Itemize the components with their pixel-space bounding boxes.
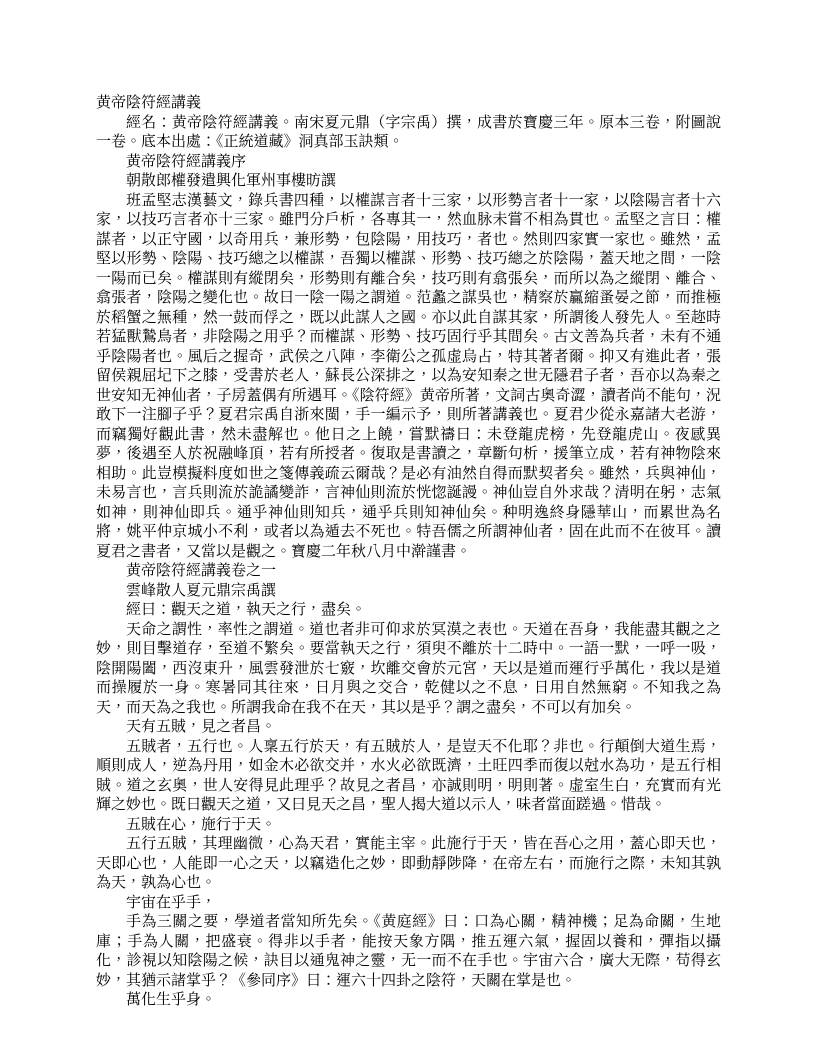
commentary-paragraph: 天命之謂性，率性之謂道。道也者非可仰求於冥漠之表也。天道在吾身，我能盡其觀之之妙…: [96, 621, 721, 719]
commentary-paragraph: 手為三關之要，學道者當知所先矣。《黄庭經》曰：口為心關，精神機；足為命關，生地庫…: [96, 913, 721, 991]
scripture-line: 宇宙在乎手，: [96, 894, 721, 914]
scripture-line: 經曰：觀天之道，執天之行，盡矣。: [96, 601, 721, 621]
doc-title: 黄帝陰符經講義: [96, 94, 721, 114]
edition-note: 經名：黄帝陰符經講義。南宋夏元鼎（字宗禹）撰，成書於寶慶三年。原本三卷，附圖說一…: [96, 114, 721, 153]
scripture-line: 五賊在心，施行于天。: [96, 816, 721, 836]
scripture-line: 萬化生乎身。: [96, 991, 721, 1011]
document-body: 黄帝陰符經講義 經名：黄帝陰符經講義。南宋夏元鼎（字宗禹）撰，成書於寶慶三年。原…: [96, 94, 721, 1011]
chapter-author: 雲峰散人夏元鼎宗禹譔: [96, 582, 721, 602]
commentary-paragraph: 五行五賊，其理幽微，心為天君，實能主宰。此施行于天，皆在吾心之用，蓋心即天也，天…: [96, 835, 721, 894]
preface-author: 朝散郎權發遣興化軍州事樓昉譔: [96, 172, 721, 192]
document-page: 黄帝陰符經講義 經名：黄帝陰符經講義。南宋夏元鼎（字宗禹）撰，成書於寶慶三年。原…: [0, 0, 816, 1056]
preface-body: 班孟堅志漢藝文，錄兵書四種，以權謀言者十三家，以形勢言者十一家，以陰陽言者十六家…: [96, 192, 721, 563]
commentary-paragraph: 五賊者，五行也。人稟五行於天，有五賊於人，是豈天不化耶？非也。行顛倒大道生焉，順…: [96, 738, 721, 816]
chapter-title: 黄帝陰符經講義卷之一: [96, 562, 721, 582]
preface-title: 黄帝陰符經講義序: [96, 153, 721, 173]
scripture-line: 天有五賊，見之者昌。: [96, 718, 721, 738]
